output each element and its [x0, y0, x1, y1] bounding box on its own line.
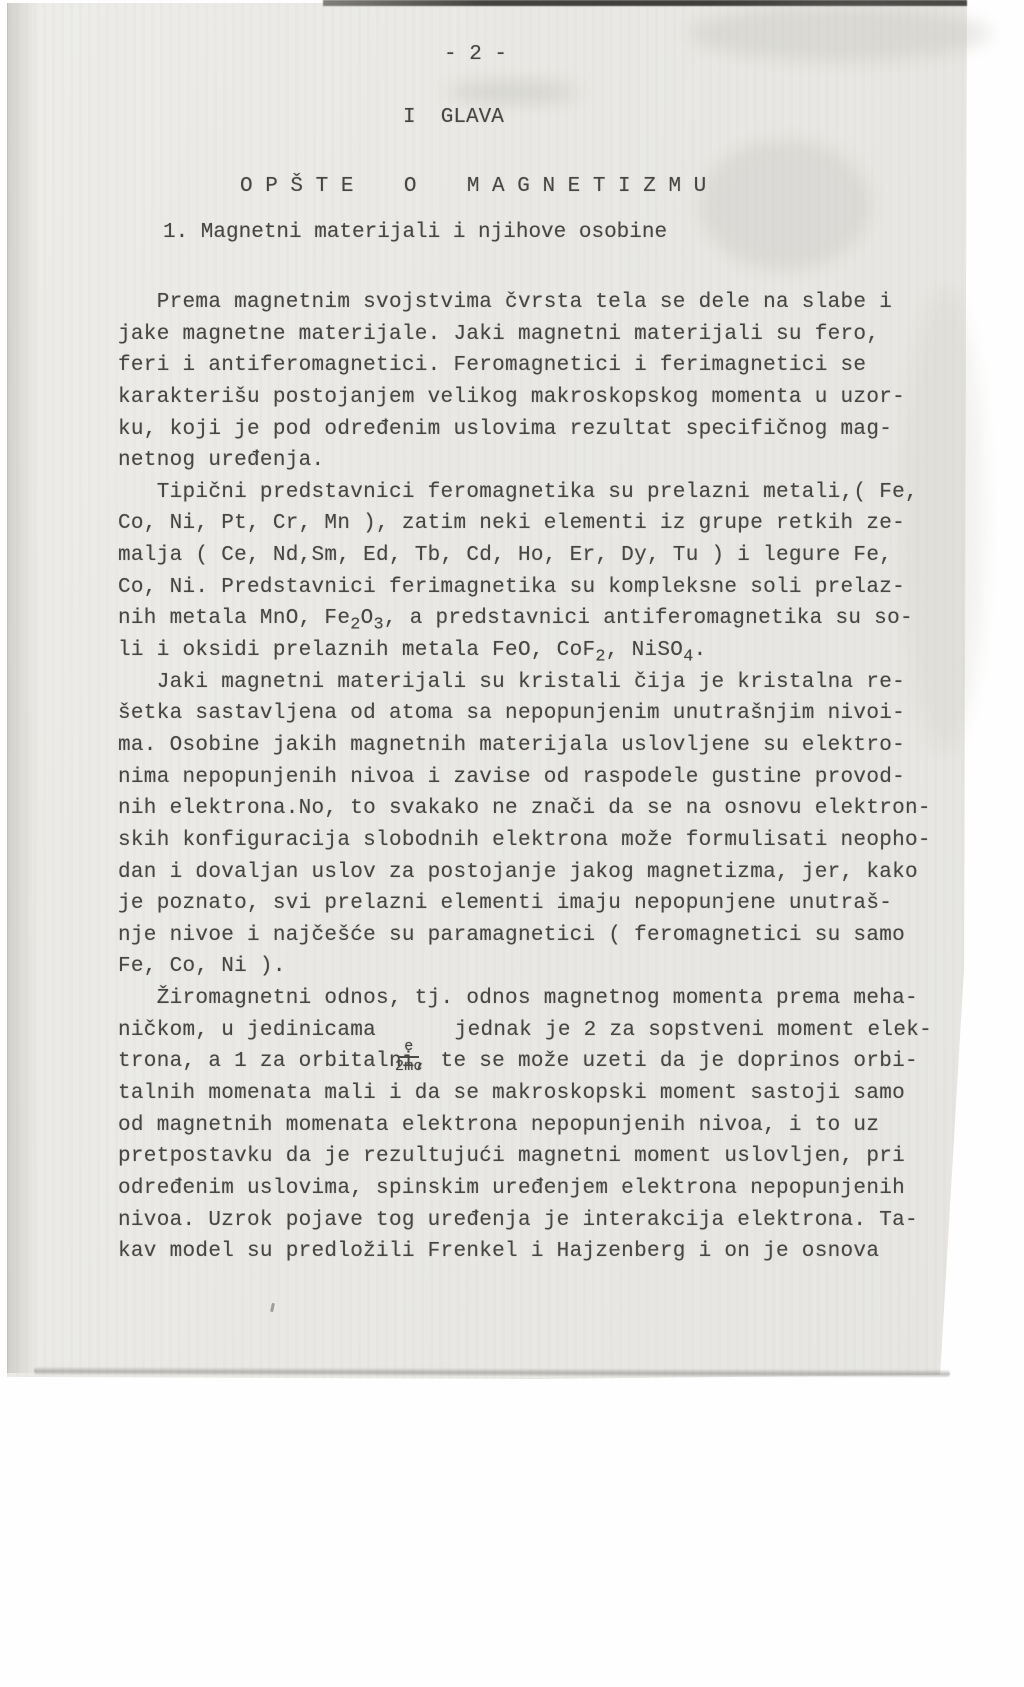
text-line: Tipični predstavnici feromagnetika su pr…	[118, 477, 932, 509]
text-line: ničkom, u jedinicama e2mc jednak je 2 za…	[118, 1015, 932, 1047]
scan-smudge-artifact	[690, 6, 990, 61]
text-line: li i oksidi prelaznih metala FeO, CoF2, …	[118, 635, 932, 667]
text-line: feri i antiferomagnetici. Feromagnetici …	[118, 350, 932, 382]
subscript: 4	[683, 647, 693, 666]
text-line: određenim uslovima, spinskim uređenjem e…	[118, 1173, 932, 1205]
text-line: Jaki magnetni materijali su kristali čij…	[118, 667, 932, 699]
text-line: dan i dovaljan uslov za postojanje jakog…	[118, 857, 932, 889]
text-line: ma. Osobine jakih magnetnih materijala u…	[118, 730, 932, 762]
text-line: skih konfiguracija slobodnih elektrona m…	[118, 825, 932, 857]
scan-smudge-artifact	[448, 80, 578, 104]
scan-left-edge-artifact	[7, 3, 38, 1373]
text-line: malja ( Ce, Nd,Sm, Ed, Tb, Cd, Ho, Er, D…	[118, 540, 932, 572]
subscript: 2	[595, 647, 605, 666]
text-line: netnog uređenja.	[118, 445, 932, 477]
text-line: Prema magnetnim svojstvima čvrsta tela s…	[118, 287, 932, 319]
text-line: karakterišu postojanjem velikog makrosko…	[118, 382, 932, 414]
section-heading: 1. Magnetni materijali i njihove osobine	[163, 221, 667, 244]
text-line: Co, Ni, Pt, Cr, Mn ), zatim neki element…	[118, 508, 932, 540]
text-line: nih elektrona.No, to svakako ne znači da…	[118, 793, 932, 825]
text-line: nima nepopunjenih nivoa i zavise od rasp…	[118, 762, 932, 794]
subscript: 2	[350, 616, 360, 635]
text-line: Co, Ni. Predstavnici ferimagnetika su ko…	[118, 572, 932, 604]
text-line: jake magnetne materijale. Jaki magnetni …	[118, 319, 932, 351]
text-line: nivoa. Uzrok pojave tog uređenja je inte…	[118, 1205, 932, 1237]
text-line: je poznato, svi prelazni elementi imaju …	[118, 888, 932, 920]
text-line: nih metala MnO, Fe2O3, a predstavnici an…	[118, 603, 932, 635]
text-line: talnih momenata mali i da se makroskopsk…	[118, 1078, 932, 1110]
scanned-document-page: - 2 - I GLAVA O P Š T E O M A G N E T I …	[0, 0, 1024, 1687]
chapter-heading: I GLAVA	[403, 106, 504, 129]
page-title: O P Š T E O M A G N E T I Z M U	[240, 175, 706, 198]
text-line: šetka sastavljena od atoma sa nepopunjen…	[118, 698, 932, 730]
text-line: pretpostavku da je rezultujući magnetni …	[118, 1141, 932, 1173]
scan-smudge-artifact	[700, 140, 870, 270]
text-line: ku, koji je pod određenim uslovima rezul…	[118, 414, 932, 446]
scan-top-edge-artifact	[323, 0, 967, 6]
text-line: Fe, Co, Ni ).	[118, 951, 932, 983]
text-line: trona, a 1 za orbitalni, te se može uzet…	[118, 1046, 932, 1078]
subscript: 3	[374, 616, 384, 635]
text-line: kav model su predložili Frenkel i Hajzen…	[118, 1236, 932, 1268]
page-number: - 2 -	[444, 43, 507, 66]
text-line: Žiromagnetni odnos, tj. odnos magnetnog …	[118, 983, 932, 1015]
text-line: od magnetnih momenata elektrona nepopunj…	[118, 1110, 932, 1142]
text-line: nje nivoe i najčešće su paramagnetici ( …	[118, 920, 932, 952]
body-text: Prema magnetnim svojstvima čvrsta tela s…	[118, 287, 932, 1268]
